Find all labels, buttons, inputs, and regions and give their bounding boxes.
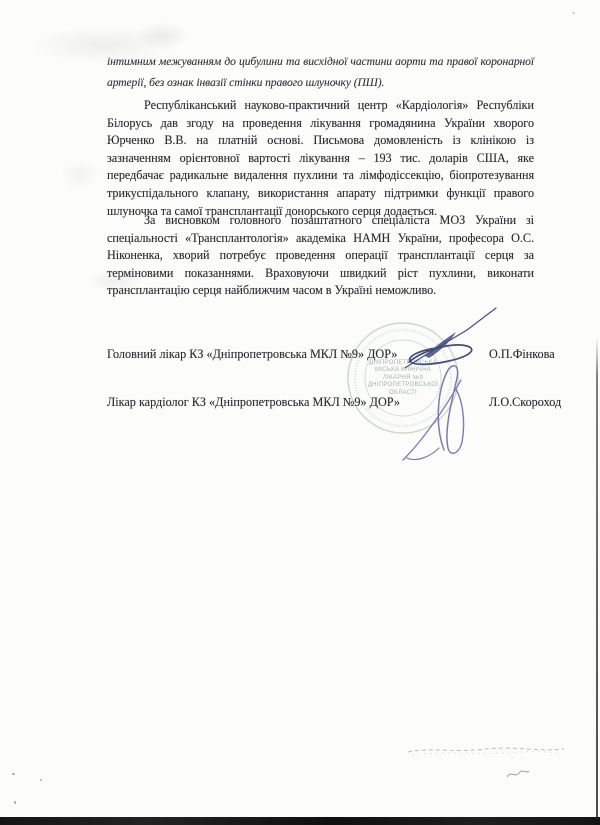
paragraph-continuation: інтимним межуванням до цибулини та висхі…: [107, 51, 534, 93]
ink-speck: [40, 779, 42, 781]
signature-ink-skorokhod: [403, 366, 464, 460]
paper-smudge: [60, 160, 100, 190]
handwritten-signatures: [395, 298, 510, 463]
ink-speck: [572, 12, 575, 14]
signer-name-skorokhod: Л.О.Скороход: [489, 395, 561, 410]
scan-artifact-line: [402, 742, 572, 760]
signer-title-cardiologist: Лікар кардіолог КЗ «Дніпропетровська МКЛ…: [107, 395, 400, 410]
paragraph-treatment-agreement: Республіканський науково-практичний цент…: [107, 97, 534, 220]
scanned-document-page: інтимним межуванням до цибулини та висхі…: [0, 0, 600, 825]
ink-squiggle-mark: [505, 768, 531, 782]
paragraph-specialist-conclusion: За висновком головного позаштатного спец…: [107, 212, 534, 300]
signature-ink-finkova: [405, 308, 496, 368]
ink-speck: [12, 773, 15, 775]
paper-smudge: [135, 22, 190, 50]
scan-edge-strip: [0, 817, 600, 825]
ink-speck: [14, 801, 16, 804]
signer-name-finkova: О.П.Фінкова: [489, 347, 555, 362]
scan-edge-vertical-line: [596, 338, 598, 817]
signer-title-head-doctor: Головний лікар КЗ «Дніпропетровська МКЛ …: [107, 347, 397, 362]
